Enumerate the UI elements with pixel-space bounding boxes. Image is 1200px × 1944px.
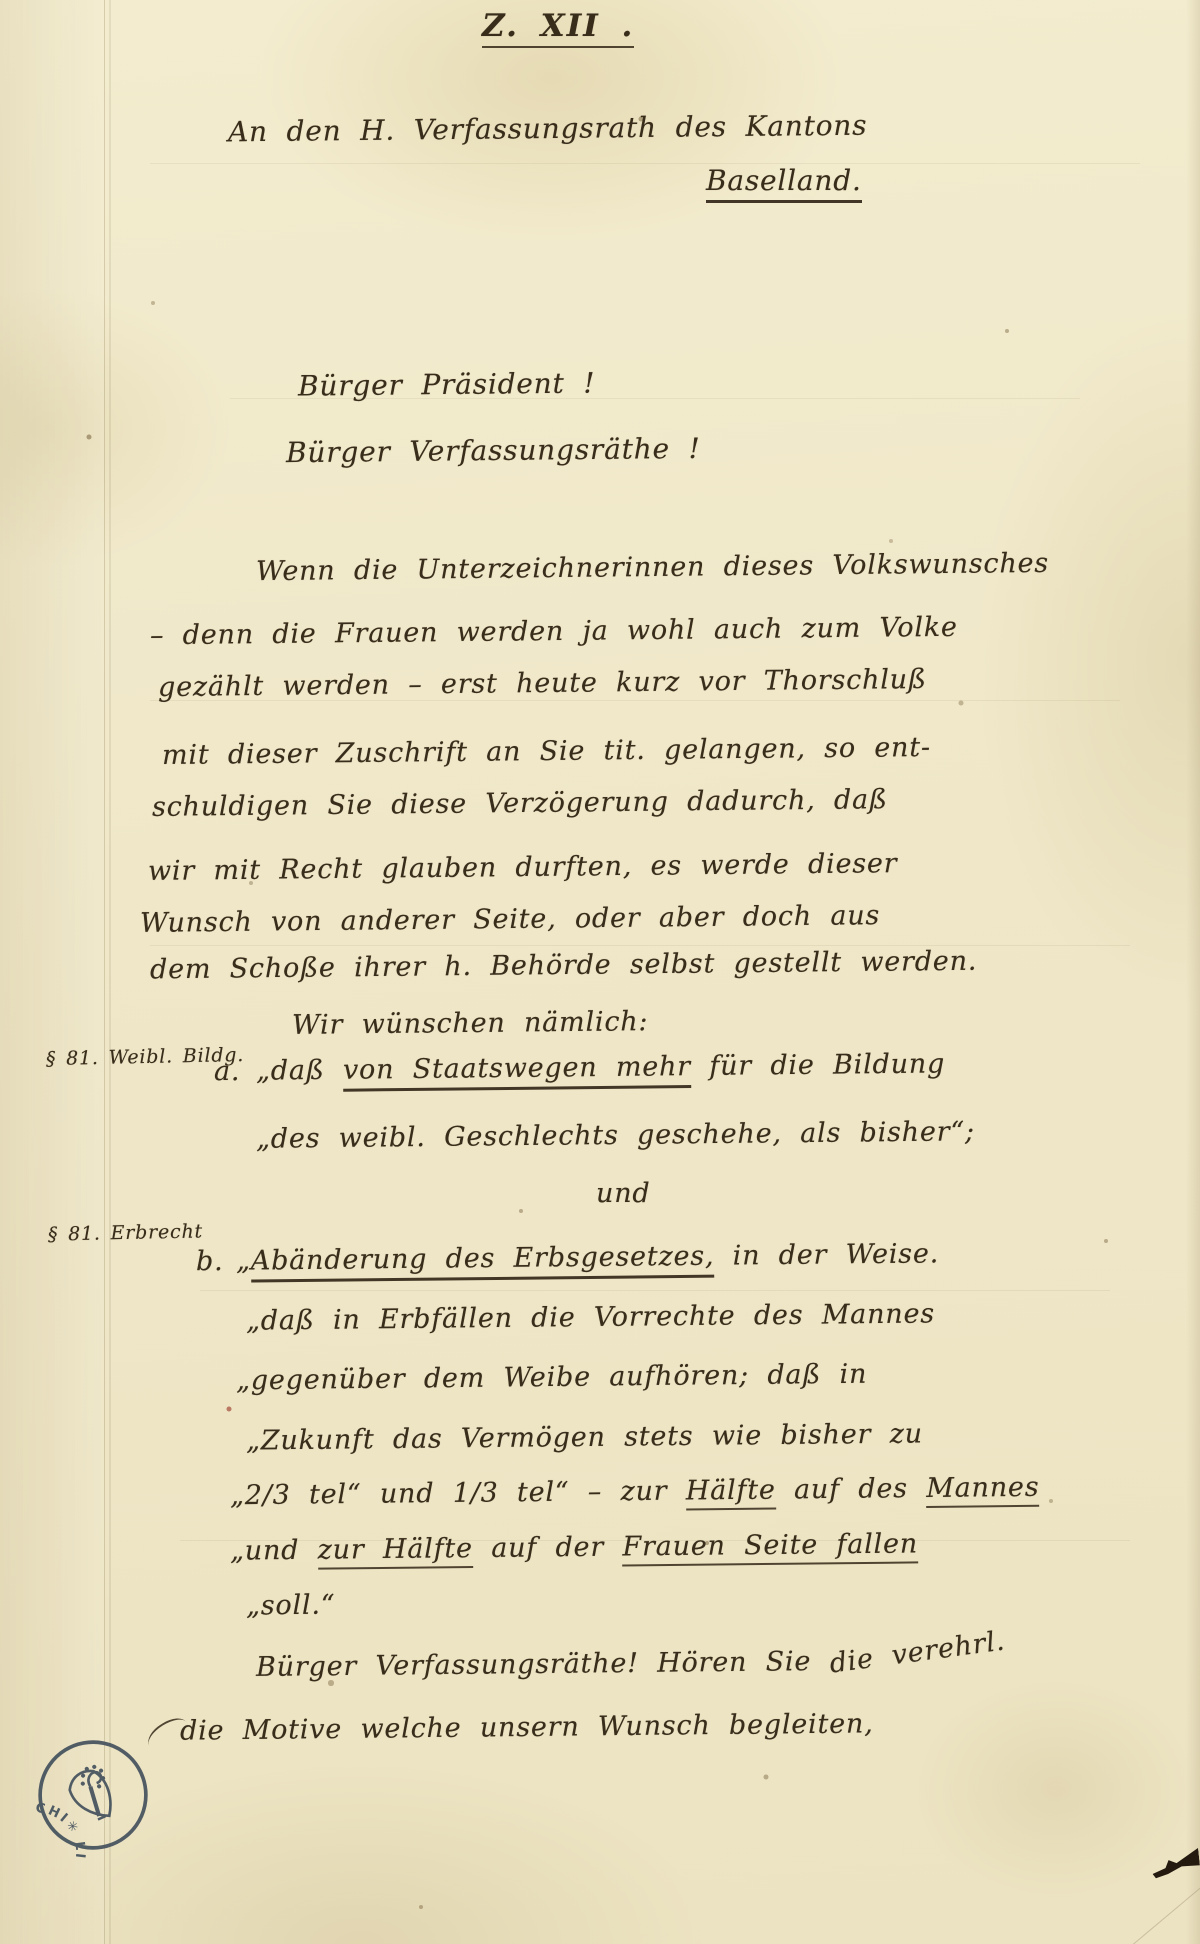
baselbieter-stab-icon <box>63 1760 128 1827</box>
demand-b-line-7: „soll.“ <box>246 1590 336 1622</box>
demand-b-line-3: „gegenüber dem Weibe aufhören; daß in <box>236 1359 867 1397</box>
demand-b-line-4: „Zukunft das Vermögen stets wie bisher z… <box>246 1418 923 1456</box>
archive-mark-text: Z. XII . <box>482 8 634 48</box>
wish-intro: Wir wünschen nämlich: <box>292 1006 649 1041</box>
fold-line <box>109 0 111 1944</box>
body-line: mit dieser Zuschrift an Sie tit. gelange… <box>162 732 931 771</box>
right-page-edge <box>1186 0 1200 1944</box>
body-line: – denn die Frauen werden ja wohl auch zu… <box>150 612 958 651</box>
demand-b-line-5: „2/3 tel“ und 1/3 tel“ – zur Hälfte auf … <box>230 1472 1040 1511</box>
salutation-line-2: Bürger Verfassungsräthe ! <box>286 432 701 469</box>
guide-line <box>200 1290 1110 1291</box>
left-page-edge <box>0 0 105 1944</box>
body-line: schuldigen Sie diese Verzögerung dadurch… <box>152 784 888 823</box>
demand-b-line-2: „daß in Erbfällen die Vorrechte des Mann… <box>246 1298 935 1336</box>
salutation-line-1: Bürger Präsident ! <box>298 366 596 402</box>
staatsarchiv-liestal-stamp-icon: ✳ LIESTAL ✳ STAATSARCHIV <box>22 1724 163 1865</box>
demand-b-line-6: „und zur Hälfte auf der Frauen Seite fal… <box>230 1528 918 1566</box>
conjunction: und <box>596 1178 650 1209</box>
foxing-specks <box>0 0 2 2</box>
demand-b-marker: b. <box>196 1246 223 1277</box>
body-line: dem Schoße ihrer h. Behörde selbst geste… <box>150 946 977 986</box>
body-line: Wunsch von anderer Seite, oder aber doch… <box>140 900 880 939</box>
demand-a-marker: a. <box>214 1056 240 1087</box>
demand-a-line-1: „daß von Staatswegen mehr für die Bildun… <box>256 1048 945 1086</box>
body-line: gezählt werden – erst heute kurz vor Tho… <box>158 664 927 703</box>
margin-note-b: § 81. Erbrecht <box>48 1220 203 1245</box>
demand-b-line-1: „Abänderung des Erbsgesetzes, in der Wei… <box>236 1238 939 1276</box>
address-line-2: Baselland. <box>706 164 862 197</box>
guide-line <box>150 945 1130 946</box>
manuscript-page: Z. XII . An den H. Verfassungsrath des K… <box>0 0 1200 1944</box>
closing-line-1: Bürger Verfassungsräthe! Hören Sie die v… <box>256 1644 1007 1683</box>
archive-mark: Z. XII . <box>482 8 634 44</box>
closing-line-2: die Motive welche unsern Wunsch begleite… <box>180 1708 874 1746</box>
body-line: wir mit Recht glauben durften, es werde … <box>148 848 898 887</box>
body-line: Wenn die Unterzeichnerinnen dieses Volks… <box>256 548 1049 587</box>
demand-a-line-2: „des weibl. Geschlechts geschehe, als bi… <box>256 1116 975 1155</box>
guide-line <box>150 163 1140 164</box>
address-line-1: An den H. Verfassungsrath des Kantons <box>228 109 868 149</box>
